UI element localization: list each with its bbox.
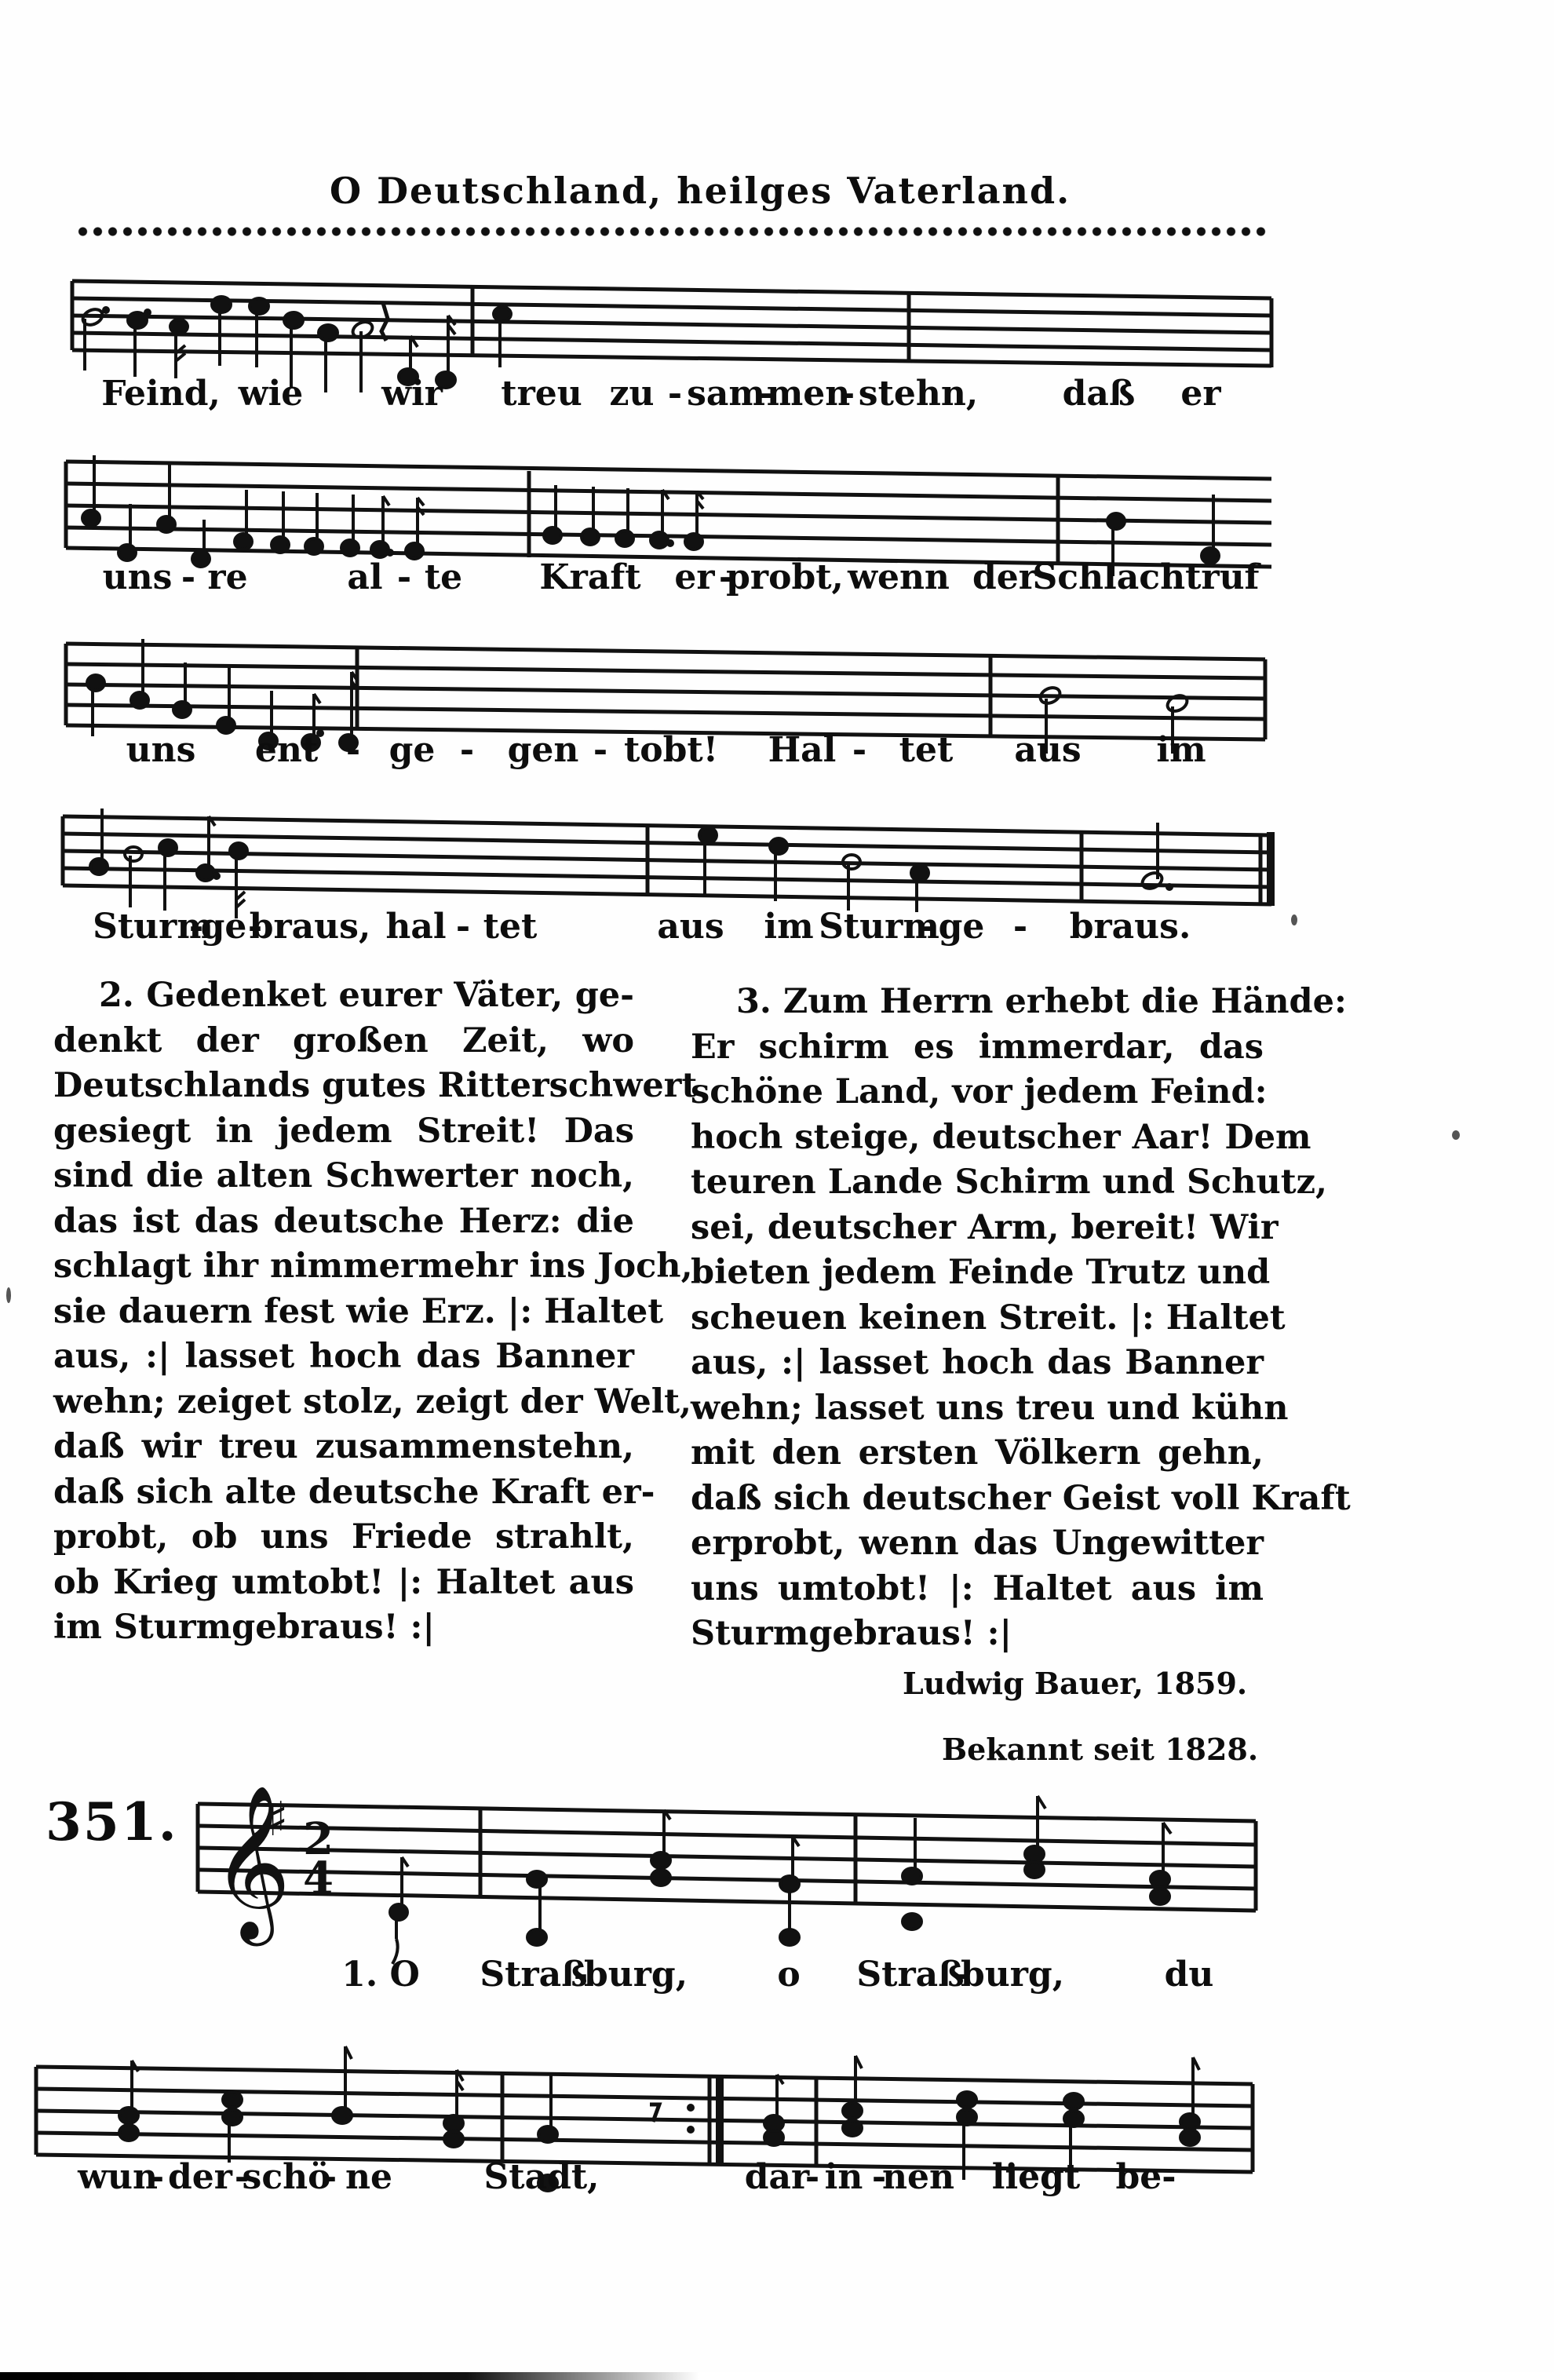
lyric-hyphen: - (841, 374, 855, 414)
lyrics-line-4: Sturm - ge - braus, hal - tet aus im Stu… (0, 907, 1554, 962)
lyrics-line-351-1: 1. O Straß - burg, o Straß - burg, du (0, 1955, 1554, 2009)
lyric-syllable: sam (687, 374, 765, 414)
sharp-icon: ♯ (265, 1792, 288, 1847)
lyric-syllable: im (1156, 730, 1206, 770)
lyric-syllable: aus (657, 907, 724, 947)
verse-line: gesiegt in jedem Streit! Das (53, 1109, 634, 1155)
lyric-syllable: probt, (726, 557, 844, 597)
lyric-syllable: daß (1063, 374, 1136, 414)
lyric-syllable: wie (239, 374, 304, 414)
verse-line: daß sich deutscher Geist voll Kraft (691, 1477, 1264, 1522)
lyric-syllable: braus. (1070, 907, 1191, 947)
verse-line: bieten jedem Feinde Trutz und (691, 1250, 1264, 1296)
lyric-syllable: dar (745, 2157, 809, 2197)
lyric-syllable: be- (1115, 2157, 1176, 2197)
lyric-syllable: Kraft (539, 557, 640, 597)
scan-speck (1452, 1130, 1460, 1140)
scan-speck (6, 1287, 11, 1303)
verse-line: erprobt, wenn das Ungewitter (691, 1521, 1264, 1567)
lyric-syllable: schö (243, 2157, 331, 2197)
verse-line: Sturmgebraus! :| (691, 1612, 1264, 1657)
lyric-syllable: wun (78, 2157, 158, 2197)
lyric-hyphen: - (668, 374, 682, 414)
lyric-hyphen: - (919, 907, 933, 947)
verse-line: uns umtobt! |: Haltet aus im (691, 1567, 1264, 1612)
lyric-hyphen: - (397, 557, 411, 597)
lyrics-line-2: uns - re al - te Kraft er - probt, wenn … (0, 557, 1554, 612)
lyric-syllable: uns (103, 557, 173, 597)
lyric-hyphen: - (456, 907, 470, 947)
verse-line: schöne Land, vor jedem Feind: (691, 1070, 1264, 1115)
verse-line: 2. Gedenket eurer Väter, ge- (53, 973, 634, 1019)
lyric-syllable: burg, (584, 1955, 688, 1995)
scan-speck (1291, 914, 1297, 925)
lyric-syllable: zu (610, 374, 655, 414)
lyric-syllable: hal (385, 907, 446, 947)
lyric-hyphen: - (1013, 907, 1027, 947)
verse-line: 3. Zum Herrn erhebt die Hände: (691, 980, 1264, 1025)
lyric-syllable: braus, (250, 907, 371, 947)
lyric-syllable: der (972, 557, 1037, 597)
songbook-page: O Deutschland, heilges Vaterland. (0, 0, 1554, 2380)
lyric-syllable: wir (381, 374, 443, 414)
verse-2-text: 2. Gedenket eurer Väter, ge- denkt der g… (53, 973, 634, 1651)
lyric-syllable: Feind, (101, 374, 221, 414)
lyric-hyphen: - (852, 730, 866, 770)
lyric-syllable: in (825, 2157, 863, 2197)
lyric-syllable: Schlachtruf (1033, 557, 1260, 597)
lyric-syllable: er (1180, 374, 1220, 414)
verse-line: ob Krieg umtobt! |: Haltet aus (53, 1561, 634, 1606)
lyric-hyphen: - (346, 730, 360, 770)
lyric-syllable: 1. O (341, 1955, 420, 1995)
lyric-syllable: ge (389, 730, 436, 770)
verse-line: sie dauern fest wie Erz. |: Haltet (53, 1290, 634, 1335)
lyric-hyphen: - (805, 2157, 819, 2197)
lyric-syllable: tet (899, 730, 954, 770)
lyric-syllable: ge (939, 907, 985, 947)
lyric-hyphen: - (150, 2157, 164, 2197)
lyric-syllable: tet (483, 907, 538, 947)
lyric-syllable: stehn, (859, 374, 978, 414)
verse-line: sind die alten Schwerter noch, (53, 1154, 634, 1199)
lyric-syllable: o (777, 1955, 800, 1995)
lyric-syllable: Stadt, (483, 2157, 599, 2197)
verse-line: probt, ob uns Friede strahlt, (53, 1515, 634, 1561)
lyric-syllable: men (767, 374, 851, 414)
verse-line: denkt der großen Zeit, wo (53, 1019, 634, 1064)
lyric-hyphen: - (181, 557, 195, 597)
verse-line: aus, :| lasset hoch das Banner (53, 1334, 634, 1380)
lyric-syllable: gen (508, 730, 579, 770)
dotted-divider (75, 226, 1268, 237)
lyric-syllable: tobt! (624, 730, 718, 770)
verse-line: daß sich alte deutsche Kraft er- (53, 1470, 634, 1516)
verse-line: sei, deutscher Arm, bereit! Wir (691, 1206, 1264, 1251)
lyrics-line-1: Feind, wie wir treu zu - sam - men - ste… (0, 374, 1554, 429)
scan-bottom-edge (0, 2372, 1554, 2380)
verse-line: teuren Lande Schirm und Schutz, (691, 1160, 1264, 1206)
verse-3-text: 3. Zum Herrn erhebt die Hände: Er schirm… (691, 980, 1264, 1657)
author-attribution: Ludwig Bauer, 1859. (903, 1666, 1247, 1701)
lyric-hyphen: - (323, 2157, 337, 2197)
verse-line: wehn; zeiget stolz, zeigt der Welt, (53, 1380, 634, 1425)
lyric-syllable: Hal (768, 730, 837, 770)
lyric-syllable: Straß (480, 1955, 587, 1995)
lyric-syllable: wenn (848, 557, 950, 597)
lyric-hyphen: - (460, 730, 474, 770)
lyric-syllable: ne (345, 2157, 392, 2197)
lyric-syllable: al (347, 557, 382, 597)
verse-line: aus, :| lasset hoch das Banner (691, 1341, 1264, 1386)
lyrics-line-3: uns ent - ge - gen - tobt! Hal - tet aus… (0, 730, 1554, 785)
lyric-syllable: uns (126, 730, 196, 770)
verse-line: wehn; lasset uns treu und kühn (691, 1386, 1264, 1432)
lyric-hyphen: - (593, 730, 607, 770)
verse-line: scheuen keinen Streit. |: Haltet (691, 1296, 1264, 1341)
verse-line: hoch steige, deutscher Aar! Dem (691, 1115, 1264, 1161)
verse-line: im Sturmgebraus! :| (53, 1605, 634, 1651)
lyrics-line-351-2: wun - der - schö - ne Stadt, dar - in - … (0, 2157, 1554, 2212)
lyric-syllable: liegt (992, 2157, 1081, 2197)
lyric-syllable: re (207, 557, 247, 597)
lyric-syllable: ge (201, 907, 247, 947)
lyric-syllable: aus (1014, 730, 1081, 770)
known-since-note: Bekannt seit 1828. (942, 1732, 1258, 1767)
lyric-syllable: ent (255, 730, 318, 770)
lyric-syllable: er (674, 557, 714, 597)
lyric-syllable: burg, (961, 1955, 1064, 1995)
song-title-heading: O Deutschland, heilges Vaterland. (330, 170, 1036, 212)
lyric-syllable: der (168, 2157, 232, 2197)
lyric-syllable: Straß (856, 1955, 964, 1995)
lyric-syllable: nen (882, 2157, 954, 2197)
lyric-syllable: te (425, 557, 462, 597)
lyric-syllable: im (764, 907, 813, 947)
lyric-syllable: treu (501, 374, 582, 414)
verse-line: Er schirm es immerdar, das (691, 1025, 1264, 1071)
lyric-syllable: du (1165, 1955, 1214, 1995)
verse-line: schlagt ihr nimmermehr ins Joch, (53, 1244, 634, 1290)
time-signature-bottom: 4 (303, 1853, 334, 1904)
verse-line: mit den ersten Völkern gehn, (691, 1431, 1264, 1477)
verse-line: daß wir treu zusammenstehn, (53, 1425, 634, 1470)
verse-line: Deutschlands gutes Ritterschwert (53, 1064, 634, 1109)
verse-line: das ist das deutsche Herz: die (53, 1199, 634, 1245)
